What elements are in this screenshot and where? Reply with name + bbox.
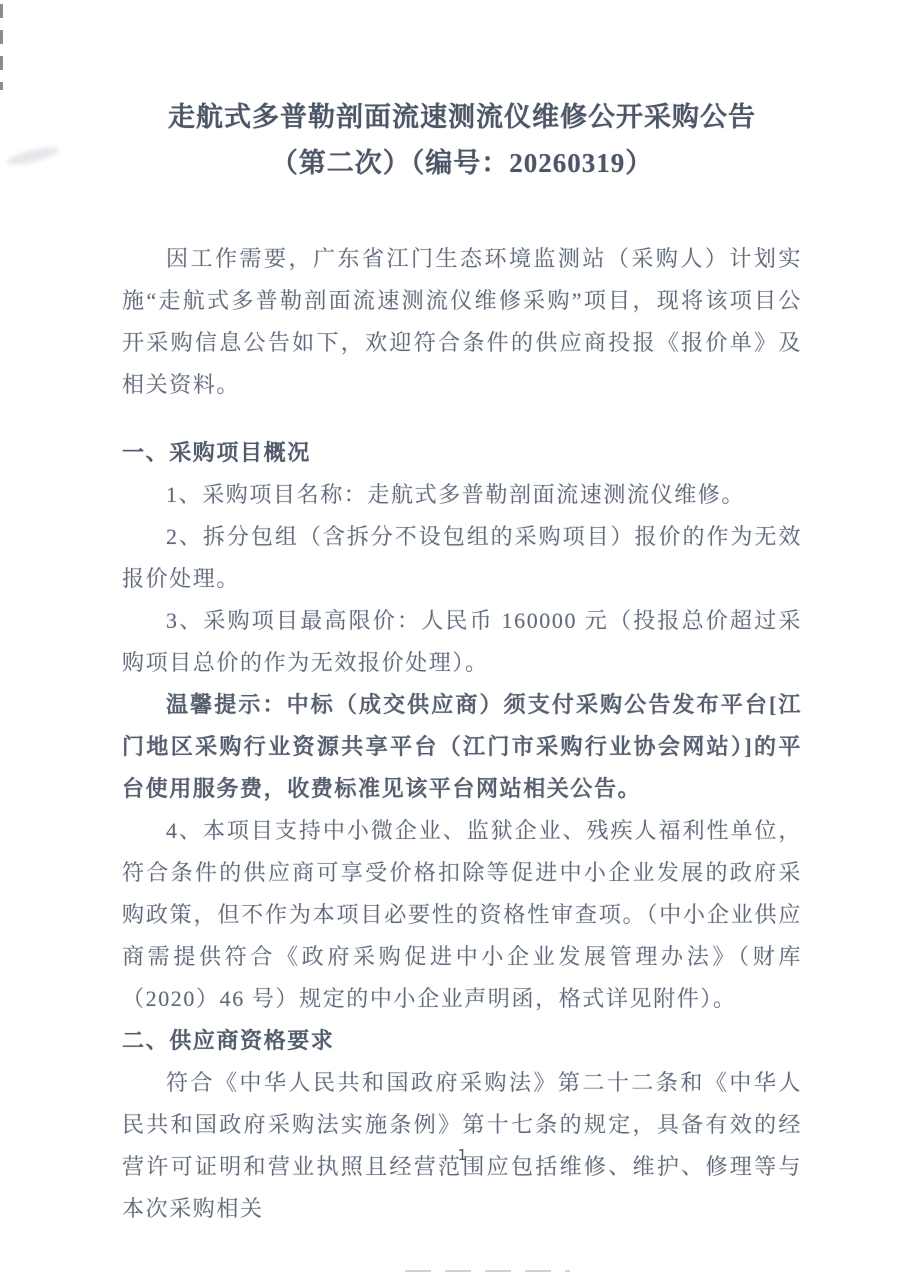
section-1-item-3: 3、采购项目最高限价：人民币 160000 元（投报总价超过采购项目总价的作为无… (122, 600, 802, 684)
document-content: 走航式多普勒剖面流速测流仪维修公开采购公告 （第二次）（编号：20260319）… (122, 94, 802, 1230)
section-1-item-1: 1、采购项目名称：走航式多普勒剖面流速测流仪维修。 (122, 474, 802, 516)
section-1-item-2: 2、拆分包组（含拆分不设包组的采购项目）报价的作为无效报价处理。 (122, 516, 802, 600)
document-body: 因工作需要，广东省江门生态环境监测站（采购人）计划实施“走航式多普勒剖面流速测流… (122, 238, 802, 1230)
document-title: 走航式多普勒剖面流速测流仪维修公开采购公告 （第二次）（编号：20260319） (122, 94, 802, 186)
intro-paragraph: 因工作需要，广东省江门生态环境监测站（采购人）计划实施“走航式多普勒剖面流速测流… (122, 238, 802, 406)
scan-edge-artifact (0, 4, 3, 90)
scan-bottom-artifact (405, 1270, 570, 1272)
title-line-2: （第二次）（编号：20260319） (122, 140, 802, 186)
page-number: 1 (122, 1146, 802, 1164)
section-1-heading: 一、采购项目概况 (122, 432, 802, 474)
section-2-heading: 二、供应商资格要求 (122, 1020, 802, 1062)
scan-smudge-artifact (5, 144, 60, 169)
notice-paragraph: 温馨提示：中标（成交供应商）须支付采购公告发布平台[江门地区采购行业资源共享平台… (122, 684, 802, 810)
scanned-document-page: 走航式多普勒剖面流速测流仪维修公开采购公告 （第二次）（编号：20260319）… (0, 0, 900, 1273)
title-line-1: 走航式多普勒剖面流速测流仪维修公开采购公告 (122, 94, 802, 140)
section-1-item-4: 4、本项目支持中小微企业、监狱企业、残疾人福利性单位，符合条件的供应商可享受价格… (122, 810, 802, 1020)
